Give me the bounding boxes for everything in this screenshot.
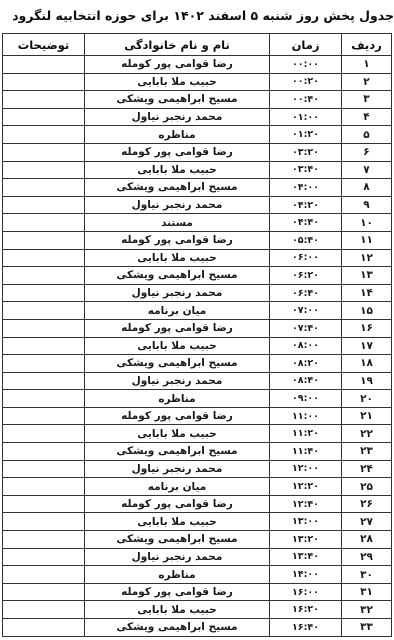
name-cell: محمد رنجبر نیاول: [85, 196, 270, 214]
notes-cell: [3, 161, 85, 179]
name-cell: مناظره: [85, 126, 270, 144]
notes-cell: [3, 425, 85, 443]
row-number-cell: ۲۲: [342, 425, 392, 443]
row-number-cell: ۲۷: [342, 513, 392, 531]
table-row: ۱۶۰۷:۴۰رضا قوامی پور کومله: [3, 319, 392, 337]
table-row: ۱۸۰۸:۲۰مسیح ابراهیمی ویشکی: [3, 355, 392, 373]
time-cell: ۰۰:۲۰: [270, 73, 342, 91]
row-number-cell: ۹: [342, 196, 392, 214]
notes-cell: [3, 407, 85, 425]
table-row: ۲۰۰:۲۰حبیب ملا بابایی: [3, 73, 392, 91]
table-row: ۴۰۱:۰۰محمد رنجبر نیاول: [3, 108, 392, 126]
time-cell: ۱۲:۴۰: [270, 495, 342, 513]
time-cell: ۰۸:۴۰: [270, 372, 342, 390]
notes-cell: [3, 355, 85, 373]
time-cell: ۱۲:۰۰: [270, 460, 342, 478]
name-cell: مسیح ابراهیمی ویشکی: [85, 179, 270, 197]
table-row: ۱۰۰۴:۴۰مستند: [3, 214, 392, 232]
table-row: ۱۴۰۶:۴۰محمد رنجبر نیاول: [3, 284, 392, 302]
time-cell: ۰۸:۰۰: [270, 337, 342, 355]
row-number-cell: ۶: [342, 143, 392, 161]
table-row: ۲۲۱۱:۲۰حبیب ملا بابایی: [3, 425, 392, 443]
table-row: ۳۱۱۶:۰۰رضا قوامی پور کومله: [3, 583, 392, 601]
row-number-cell: ۲۰: [342, 390, 392, 408]
time-cell: ۰۷:۰۰: [270, 302, 342, 320]
name-cell: میان برنامه: [85, 302, 270, 320]
row-number-cell: ۱۵: [342, 302, 392, 320]
row-number-cell: ۱۴: [342, 284, 392, 302]
page: { "page": { "title": "جدول پخش روز شنبه …: [0, 0, 394, 640]
name-cell: حبیب ملا بابایی: [85, 425, 270, 443]
notes-cell: [3, 548, 85, 566]
time-cell: ۱۳:۲۰: [270, 531, 342, 549]
name-cell: مسیح ابراهیمی ویشکی: [85, 355, 270, 373]
table-row: ۲۹۱۳:۴۰محمد رنجبر نیاول: [3, 548, 392, 566]
row-number-cell: ۵: [342, 126, 392, 144]
time-cell: ۰۴:۰۰: [270, 179, 342, 197]
row-number-cell: ۳۳: [342, 619, 392, 637]
notes-cell: [3, 143, 85, 161]
schedule-table-body: ۱۰۰:۰۰رضا قوامی پور کومله۲۰۰:۲۰حبیب ملا …: [3, 56, 392, 637]
name-cell: رضا قوامی پور کومله: [85, 495, 270, 513]
name-cell: رضا قوامی پور کومله: [85, 583, 270, 601]
name-cell: مسیح ابراهیمی ویشکی: [85, 91, 270, 109]
row-number-cell: ۴: [342, 108, 392, 126]
time-cell: ۰۴:۲۰: [270, 196, 342, 214]
name-cell: مسیح ابراهیمی ویشکی: [85, 267, 270, 285]
table-row: ۱۲۰۶:۰۰حبیب ملا بابایی: [3, 249, 392, 267]
page-title: جدول پخش روز شنبه ۵ اسفند ۱۴۰۲ برای حوزه…: [0, 6, 394, 26]
table-row: ۱۳۰۶:۲۰مسیح ابراهیمی ویشکی: [3, 267, 392, 285]
row-number-cell: ۱۹: [342, 372, 392, 390]
row-number-cell: ۱۶: [342, 319, 392, 337]
column-header-notes: توضیحات: [3, 34, 85, 56]
name-cell: حبیب ملا بابایی: [85, 513, 270, 531]
column-header-time: زمان: [270, 34, 342, 56]
notes-cell: [3, 231, 85, 249]
time-cell: ۰۶:۴۰: [270, 284, 342, 302]
notes-cell: [3, 372, 85, 390]
broadcast-schedule-table: ردیف زمان نام و نام خانوادگی توضیحات ۱۰۰…: [2, 33, 392, 637]
notes-cell: [3, 495, 85, 513]
notes-cell: [3, 460, 85, 478]
row-number-cell: ۲۸: [342, 531, 392, 549]
row-number-cell: ۲۴: [342, 460, 392, 478]
name-cell: حبیب ملا بابایی: [85, 249, 270, 267]
name-cell: رضا قوامی پور کومله: [85, 407, 270, 425]
table-row: ۲۳۱۱:۴۰مسیح ابراهیمی ویشکی: [3, 443, 392, 461]
time-cell: ۰۰:۰۰: [270, 56, 342, 74]
time-cell: ۰۷:۴۰: [270, 319, 342, 337]
row-number-cell: ۲۵: [342, 478, 392, 496]
table-row: ۲۱۱۱:۰۰رضا قوامی پور کومله: [3, 407, 392, 425]
row-number-cell: ۸: [342, 179, 392, 197]
notes-cell: [3, 583, 85, 601]
notes-cell: [3, 73, 85, 91]
name-cell: محمد رنجبر نیاول: [85, 284, 270, 302]
table-row: ۳۰۰:۴۰مسیح ابراهیمی ویشکی: [3, 91, 392, 109]
table-row: ۳۲۱۶:۲۰حبیب ملا بابایی: [3, 601, 392, 619]
row-number-cell: ۱۸: [342, 355, 392, 373]
table-row: ۱۵۰۷:۰۰میان برنامه: [3, 302, 392, 320]
row-number-cell: ۲۱: [342, 407, 392, 425]
notes-cell: [3, 284, 85, 302]
row-number-cell: ۲۹: [342, 548, 392, 566]
notes-cell: [3, 513, 85, 531]
notes-cell: [3, 214, 85, 232]
table-row: ۲۰۰۹:۰۰مناظره: [3, 390, 392, 408]
notes-cell: [3, 56, 85, 74]
notes-cell: [3, 196, 85, 214]
notes-cell: [3, 531, 85, 549]
time-cell: ۰۴:۴۰: [270, 214, 342, 232]
name-cell: حبیب ملا بابایی: [85, 161, 270, 179]
column-header-row-number: ردیف: [342, 34, 392, 56]
name-cell: محمد رنجبر نیاول: [85, 108, 270, 126]
row-number-cell: ۳۲: [342, 601, 392, 619]
notes-cell: [3, 566, 85, 584]
time-cell: ۰۳:۴۰: [270, 161, 342, 179]
table-row: ۱۹۰۸:۴۰محمد رنجبر نیاول: [3, 372, 392, 390]
table-row: ۲۴۱۲:۰۰محمد رنجبر نیاول: [3, 460, 392, 478]
row-number-cell: ۱۱: [342, 231, 392, 249]
table-row: ۲۷۱۳:۰۰حبیب ملا بابایی: [3, 513, 392, 531]
name-cell: میان برنامه: [85, 478, 270, 496]
notes-cell: [3, 390, 85, 408]
row-number-cell: ۱۷: [342, 337, 392, 355]
time-cell: ۱۶:۲۰: [270, 601, 342, 619]
header-row: ردیف زمان نام و نام خانوادگی توضیحات: [3, 34, 392, 56]
table-row: ۶۰۳:۲۰رضا قوامی پور کومله: [3, 143, 392, 161]
name-cell: رضا قوامی پور کومله: [85, 319, 270, 337]
time-cell: ۰۰:۴۰: [270, 91, 342, 109]
time-cell: ۰۸:۲۰: [270, 355, 342, 373]
name-cell: رضا قوامی پور کومله: [85, 231, 270, 249]
notes-cell: [3, 601, 85, 619]
notes-cell: [3, 126, 85, 144]
notes-cell: [3, 319, 85, 337]
table-row: ۷۰۳:۴۰حبیب ملا بابایی: [3, 161, 392, 179]
notes-cell: [3, 302, 85, 320]
notes-cell: [3, 478, 85, 496]
table-row: ۳۳۱۶:۴۰مسیح ابراهیمی ویشکی: [3, 619, 392, 637]
name-cell: حبیب ملا بابایی: [85, 601, 270, 619]
notes-cell: [3, 267, 85, 285]
row-number-cell: ۲۳: [342, 443, 392, 461]
table-row: ۲۸۱۳:۲۰مسیح ابراهیمی ویشکی: [3, 531, 392, 549]
time-cell: ۱۱:۴۰: [270, 443, 342, 461]
time-cell: ۱۲:۲۰: [270, 478, 342, 496]
row-number-cell: ۱: [342, 56, 392, 74]
time-cell: ۰۵:۴۰: [270, 231, 342, 249]
name-cell: رضا قوامی پور کومله: [85, 56, 270, 74]
table-row: ۹۰۴:۲۰محمد رنجبر نیاول: [3, 196, 392, 214]
time-cell: ۱۱:۰۰: [270, 407, 342, 425]
name-cell: مناظره: [85, 390, 270, 408]
time-cell: ۰۹:۰۰: [270, 390, 342, 408]
notes-cell: [3, 91, 85, 109]
name-cell: حبیب ملا بابایی: [85, 73, 270, 91]
table-row: ۱۷۰۸:۰۰حبیب ملا بابایی: [3, 337, 392, 355]
notes-cell: [3, 108, 85, 126]
time-cell: ۱۱:۲۰: [270, 425, 342, 443]
time-cell: ۱۶:۴۰: [270, 619, 342, 637]
time-cell: ۱۶:۰۰: [270, 583, 342, 601]
notes-cell: [3, 443, 85, 461]
time-cell: ۰۶:۲۰: [270, 267, 342, 285]
notes-cell: [3, 337, 85, 355]
name-cell: حبیب ملا بابایی: [85, 337, 270, 355]
time-cell: ۱۳:۴۰: [270, 548, 342, 566]
table-row: ۸۰۴:۰۰مسیح ابراهیمی ویشکی: [3, 179, 392, 197]
column-header-name: نام و نام خانوادگی: [85, 34, 270, 56]
time-cell: ۰۶:۰۰: [270, 249, 342, 267]
name-cell: محمد رنجبر نیاول: [85, 548, 270, 566]
row-number-cell: ۲: [342, 73, 392, 91]
row-number-cell: ۱۲: [342, 249, 392, 267]
time-cell: ۰۱:۲۰: [270, 126, 342, 144]
time-cell: ۱۳:۰۰: [270, 513, 342, 531]
table-row: ۲۵۱۲:۲۰میان برنامه: [3, 478, 392, 496]
name-cell: محمد رنجبر نیاول: [85, 372, 270, 390]
row-number-cell: ۱۰: [342, 214, 392, 232]
name-cell: مسیح ابراهیمی ویشکی: [85, 531, 270, 549]
row-number-cell: ۷: [342, 161, 392, 179]
name-cell: مسیح ابراهیمی ویشکی: [85, 619, 270, 637]
notes-cell: [3, 179, 85, 197]
row-number-cell: ۱۳: [342, 267, 392, 285]
name-cell: رضا قوامی پور کومله: [85, 143, 270, 161]
name-cell: محمد رنجبر نیاول: [85, 460, 270, 478]
notes-cell: [3, 249, 85, 267]
time-cell: ۱۴:۰۰: [270, 566, 342, 584]
name-cell: مسیح ابراهیمی ویشکی: [85, 443, 270, 461]
row-number-cell: ۲۶: [342, 495, 392, 513]
row-number-cell: ۳۱: [342, 583, 392, 601]
name-cell: مستند: [85, 214, 270, 232]
time-cell: ۰۱:۰۰: [270, 108, 342, 126]
table-row: ۳۰۱۴:۰۰مناظره: [3, 566, 392, 584]
time-cell: ۰۳:۲۰: [270, 143, 342, 161]
row-number-cell: ۳۰: [342, 566, 392, 584]
table-row: ۱۰۰:۰۰رضا قوامی پور کومله: [3, 56, 392, 74]
name-cell: مناظره: [85, 566, 270, 584]
row-number-cell: ۳: [342, 91, 392, 109]
table-row: ۵۰۱:۲۰مناظره: [3, 126, 392, 144]
notes-cell: [3, 619, 85, 637]
table-row: ۱۱۰۵:۴۰رضا قوامی پور کومله: [3, 231, 392, 249]
table-row: ۲۶۱۲:۴۰رضا قوامی پور کومله: [3, 495, 392, 513]
